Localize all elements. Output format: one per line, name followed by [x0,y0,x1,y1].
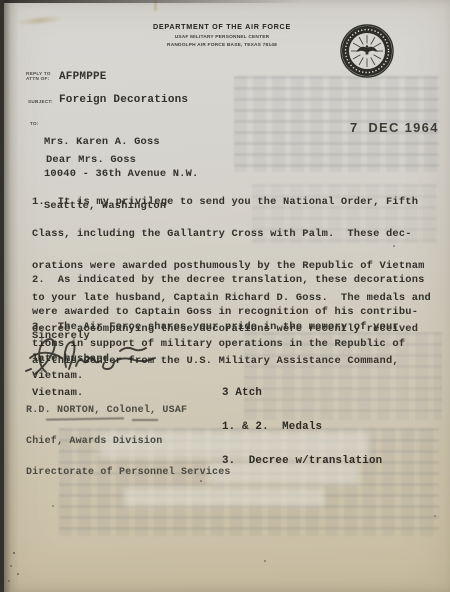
letterhead-base: RANDOLPH AIR FORCE BASE, TEXAS 78148 [92,43,352,48]
attachment-item: 3. Decree w/translation [222,456,382,467]
department-of-defense-seal-icon [336,22,398,84]
reply-to-attn-of-label: REPLY TOATTN OF: [26,71,51,82]
letterhead-department: DEPARTMENT OF THE AIR FORCE [92,22,352,31]
subject-value: Foreign Decorations [59,95,188,106]
paper-left-edge-shadow [4,0,19,592]
salutation: Dear Mrs. Goss [46,155,136,166]
signer-title: Chief, Awards Division [26,437,231,447]
reply-to-label-line1: REPLY TO [26,71,51,76]
signer-org: Directorate of Personnel Services [26,468,231,478]
attachment-item: 1. & 2. Medals [222,422,382,433]
paper-stain [16,14,65,28]
letterhead: DEPARTMENT OF THE AIR FORCE USAF MILITAR… [92,22,352,48]
reply-to-label-line2: ATTN OF: [26,76,50,81]
attachments-list: 3 Atch 1. & 2. Medals 3. Decree w/transl… [222,366,382,489]
signer-name: R.D. NORTON, Colonel, USAF [26,406,231,416]
signature-block: R.D. NORTON, Colonel, USAF Chief, Awards… [26,385,231,499]
photographed-letter: { "letterhead": { "department": "DEPARTM… [0,0,450,592]
to-label: TO: [30,121,39,126]
paragraph-2-line: 2. As indicated by the decree translatio… [32,275,425,286]
paragraph-1-line: Class, including the Gallantry Cross wit… [32,229,431,240]
letter-page: DEPARTMENT OF THE AIR FORCE USAF MILITAR… [4,0,450,592]
paper-top-edge-shadow [4,0,304,3]
attachments-count: 3 Atch [222,388,382,399]
recipient-name: Mrs. Karen A. Goss [44,137,198,148]
letterhead-command: USAF MILITARY PERSONNEL CENTER [92,35,352,40]
subject-label: SUBJECT: [28,99,53,104]
ink-smear [132,419,158,421]
handwritten-signature [22,336,162,382]
office-symbol: AFPMPPE [59,72,107,83]
paragraph-1-line: 1. It is my privilege to send you the Na… [32,197,431,208]
received-date-stamp: 7 DEC 1964 [350,120,439,135]
